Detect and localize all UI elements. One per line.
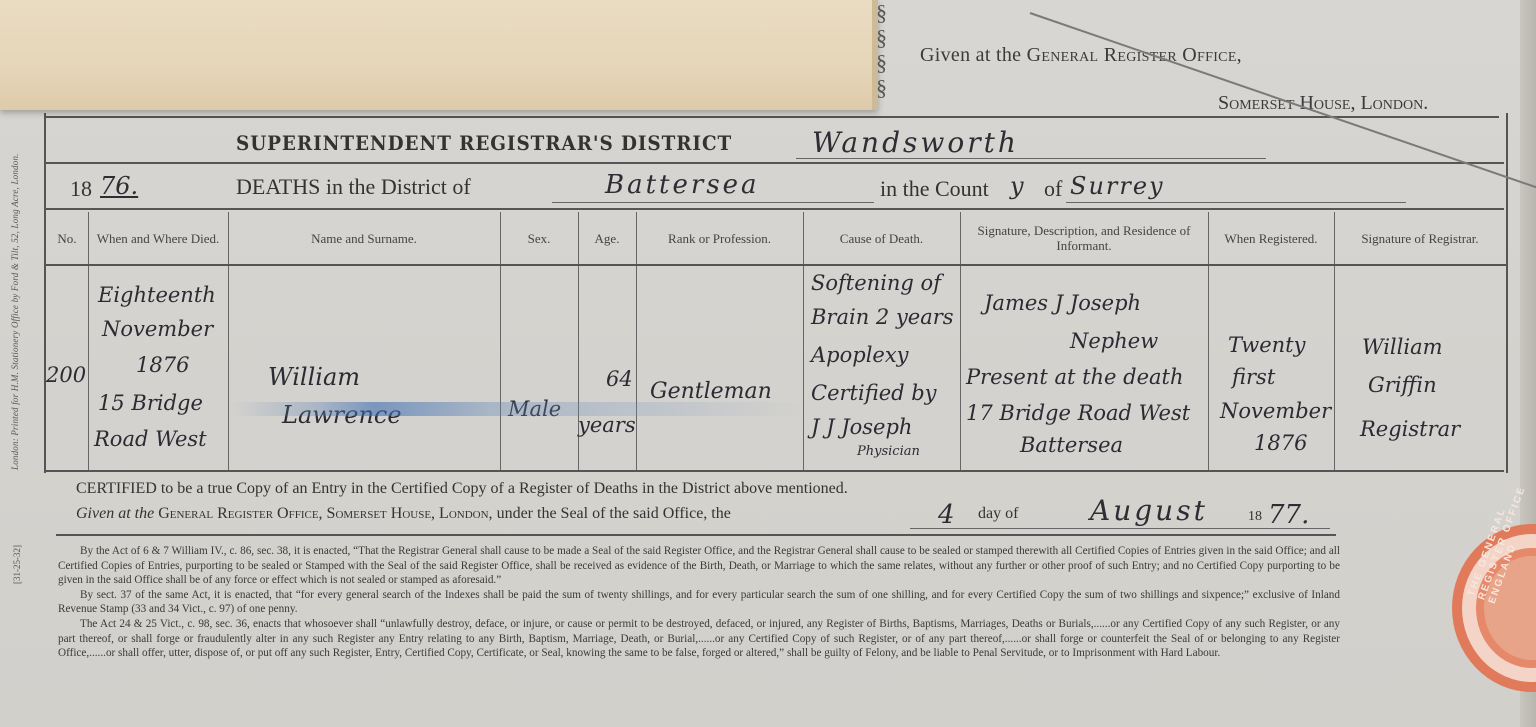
certification-day-of: day of — [978, 505, 1018, 523]
certification-day: 4 — [938, 500, 955, 530]
column-header-name: Name and Surname. — [228, 212, 500, 266]
death-place-line2: Road West — [94, 426, 207, 453]
informant-name: James J Joseph — [984, 290, 1141, 317]
ornament-border-icon: §§§§ — [876, 0, 898, 100]
printer-imprint: London: Printed for H.M. Stationery Offi… — [10, 153, 20, 470]
informant-relation: Nephew — [1070, 328, 1158, 355]
deaths-district-label: DEATHS in the District of — [236, 174, 471, 200]
column-header-informant: Signature, Description, and Residence of… — [960, 212, 1208, 266]
column-header-when-where: When and Where Died. — [88, 212, 228, 266]
column-name: Name and Surname. William Lawrence — [228, 212, 501, 470]
column-when-registered: When Registered. Twenty first November 1… — [1208, 212, 1335, 470]
death-place-line1: 15 Bridge — [98, 390, 203, 417]
column-informant: Signature, Description, and Residence of… — [960, 212, 1209, 470]
legal-paragraph-search-fees: By sect. 37 of the same Act, it is enact… — [58, 588, 1340, 617]
legal-paragraph-seal-act: By the Act of 6 & 7 William IV., c. 86, … — [58, 544, 1340, 588]
column-header-no: No. — [46, 212, 88, 266]
death-year: 1876 — [136, 352, 189, 379]
informant-address: 17 Bridge Road West — [966, 400, 1190, 427]
registrar-first-name: William — [1362, 334, 1443, 361]
certification-line2: Given at the General Register Office, So… — [76, 505, 731, 523]
registrar-title: Registrar — [1360, 416, 1460, 443]
date-fill-line — [910, 528, 1330, 529]
informant-district: Battersea — [1020, 432, 1123, 459]
certification-line1: CERTIFIED to be a true Copy of an Entry … — [76, 480, 848, 498]
frame-top-rule — [44, 116, 1499, 118]
folded-page-flap — [0, 0, 878, 110]
header-rule-1 — [44, 162, 1504, 164]
column-header-profession: Rank or Profession. — [636, 212, 803, 266]
superintendent-district-value: Wandsworth — [812, 126, 1019, 159]
year-prefix: 18 — [70, 176, 92, 202]
death-month: November — [102, 316, 213, 343]
column-registrar: Signature of Registrar. William Griffin … — [1334, 212, 1506, 470]
registered-year: 1876 — [1254, 430, 1307, 457]
district-name-fill-line — [552, 202, 874, 203]
registered-month: November — [1220, 398, 1331, 425]
certification-office: General Register Office, Somerset House,… — [158, 505, 492, 522]
cause-line1: Softening of — [811, 270, 941, 297]
registered-day-word2: first — [1232, 364, 1275, 391]
cause-line2: Brain 2 years — [811, 304, 954, 331]
county-fill-line — [1066, 202, 1406, 203]
year-handwritten: 76. — [100, 172, 138, 200]
column-header-when-registered: When Registered. — [1208, 212, 1334, 266]
column-profession: Rank or Profession. Gentleman — [636, 212, 804, 470]
top-right-office-line1: Given at the General Register Office, — [920, 44, 1242, 67]
column-no: No. 200 — [46, 212, 89, 470]
column-when-where: When and Where Died. Eighteenth November… — [88, 212, 229, 470]
certificate-paper: §§§§ Given at the General Register Offic… — [0, 0, 1536, 727]
deceased-age-unit: years — [578, 412, 636, 439]
certification-year-prefix: 18 — [1248, 509, 1262, 525]
death-day: Eighteenth — [98, 282, 216, 309]
column-header-age: Age. — [578, 212, 636, 266]
district-value: Battersea — [605, 170, 760, 200]
header-rule-2 — [44, 208, 1504, 210]
certification-seal-text: under the Seal of the said Office, the — [493, 505, 731, 522]
county-label-text: in the Count — [880, 176, 989, 201]
entry-number: 200 — [46, 362, 86, 389]
cause-certified-by: J J Joseph — [811, 414, 912, 441]
deceased-age: 64 — [606, 366, 633, 393]
column-header-registrar: Signature of Registrar. — [1334, 212, 1506, 266]
legal-notice: By the Act of 6 & 7 William IV., c. 86, … — [58, 544, 1340, 661]
cause-certifier-title: Physician — [857, 438, 920, 465]
deceased-first-name: William — [268, 364, 360, 391]
superintendent-label: SUPERINTENDENT REGISTRAR'S DISTRICT — [236, 131, 732, 155]
column-sex: Sex. Male — [500, 212, 579, 470]
certification-year-handwritten: 77. — [1268, 500, 1309, 530]
informant-presence: Present at the death — [966, 364, 1184, 391]
death-register-table: No. 200 When and Where Died. Eighteenth … — [46, 212, 1506, 470]
certification-given-at: Given at the — [76, 505, 158, 522]
column-header-cause: Cause of Death. — [803, 212, 960, 266]
table-bottom-rule — [44, 470, 1504, 472]
cause-line4: Certified by — [811, 380, 937, 407]
column-age: Age. 64 years — [578, 212, 637, 470]
registered-day-word1: Twenty — [1228, 332, 1306, 359]
registrar-surname: Griffin — [1368, 372, 1437, 399]
certification-month: August — [1090, 494, 1208, 527]
given-at-text: Given at the — [920, 44, 1027, 66]
top-right-office-line2: Somerset House, London. — [1218, 92, 1428, 115]
form-code: [31-25-32] — [12, 545, 22, 584]
county-value: Surrey — [1070, 172, 1165, 200]
column-header-sex: Sex. — [500, 212, 578, 266]
cause-line3: Apoplexy — [811, 342, 909, 369]
legal-paragraph-forgery: The Act 24 & 25 Vict., c. 98, sec. 36, e… — [58, 617, 1340, 661]
blue-ink-smudge — [230, 402, 810, 416]
county-label: in the Count — [880, 176, 989, 202]
certification-bottom-rule — [56, 534, 1336, 536]
deceased-profession: Gentleman — [650, 378, 772, 405]
county-y-handwritten: y — [1010, 172, 1024, 200]
general-register-office-seal: THE GENERAL REGISTER OFFICE ENGLAND — [1452, 524, 1536, 692]
county-of-label: of — [1044, 176, 1062, 202]
column-cause: Cause of Death. Softening of Brain 2 yea… — [803, 212, 961, 470]
